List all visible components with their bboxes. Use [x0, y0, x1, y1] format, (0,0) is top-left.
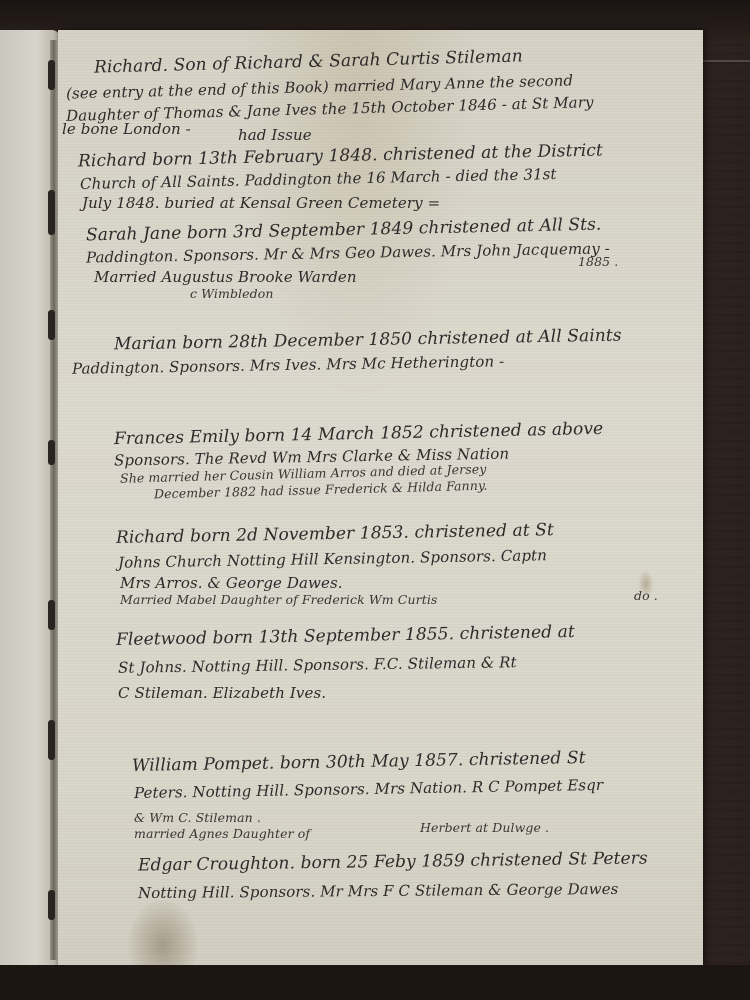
entry-line: C Stileman. Elizabeth Ives. — [118, 684, 326, 702]
entry-line: Richard. Son of Richard & Sarah Curtis S… — [94, 46, 523, 77]
table-edge — [700, 60, 750, 62]
entry-line: had Issue — [238, 126, 312, 144]
entry-line: c Wimbledon — [190, 286, 274, 301]
entry-line: married Agnes Daughter of — [134, 826, 310, 841]
binding-tear — [48, 440, 55, 465]
book-gutter — [50, 40, 58, 960]
entry-line: Johns Church Notting Hill Kensington. Sp… — [118, 546, 547, 571]
entry-line: William Pompet. born 30th May 1857. chri… — [132, 748, 586, 776]
entry-line: St Johns. Notting Hill. Sponsors. F.C. S… — [118, 653, 517, 677]
entry-line: 1885 . — [578, 254, 618, 269]
entry-line: Mrs Arros. & George Dawes. — [120, 574, 343, 592]
entry-line: Fleetwood born 13th September 1855. chri… — [116, 622, 575, 650]
entry-line: Marian born 28th December 1850 christene… — [114, 326, 622, 355]
entry-line: Paddington. Sponsors. Mrs Ives. Mrs Mc H… — [72, 352, 504, 378]
photo-scene: Richard. Son of Richard & Sarah Curtis S… — [0, 0, 750, 1000]
entry-line: Married Augustus Brooke Warden — [94, 268, 357, 286]
entry-line: do . — [634, 588, 658, 603]
binding-tear — [48, 600, 55, 630]
binding-tear — [48, 890, 55, 920]
entry-line: July 1848. buried at Kensal Green Cemete… — [82, 194, 440, 212]
binding-tear — [48, 720, 55, 760]
entry-line: Notting Hill. Sponsors. Mr Mrs F C Stile… — [138, 880, 619, 902]
entry-line: Herbert at Dulwge . — [420, 820, 549, 835]
entry-line: Peters. Notting Hill. Sponsors. Mrs Nati… — [134, 776, 603, 802]
register-page: Richard. Son of Richard & Sarah Curtis S… — [58, 30, 703, 970]
entry-line: Frances Emily born 14 March 1852 christe… — [114, 419, 604, 449]
entry-line: Edgar Croughton. born 25 Feby 1859 chris… — [138, 848, 648, 875]
binding-tear — [48, 60, 55, 90]
entry-line: Richard born 2d November 1853. christene… — [116, 520, 554, 548]
binding-tear — [48, 310, 55, 340]
background-bottom — [0, 965, 750, 1000]
entry-line: Married Mabel Daughter of Frederick Wm C… — [120, 592, 437, 607]
binding-tear — [48, 190, 55, 235]
entry-line: & Wm C. Stileman . — [134, 810, 261, 825]
entry-line: le bone London - — [62, 120, 191, 138]
